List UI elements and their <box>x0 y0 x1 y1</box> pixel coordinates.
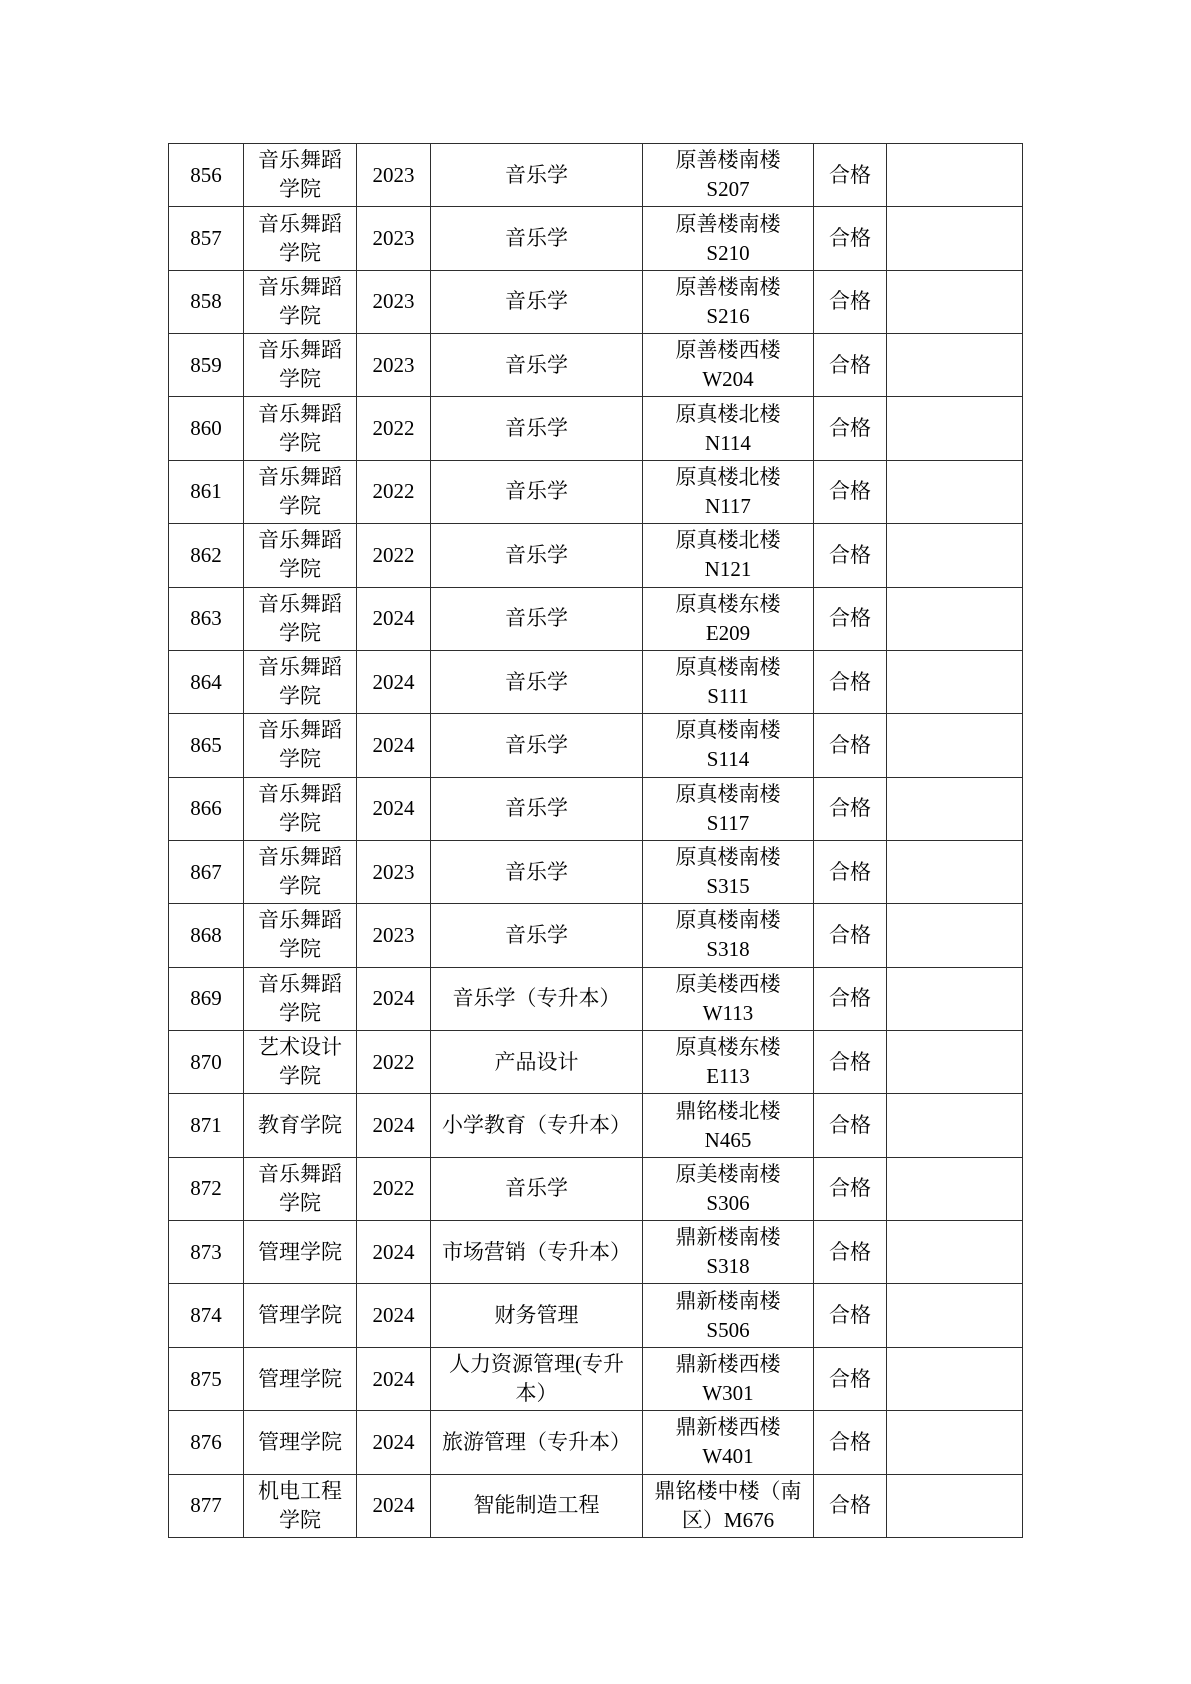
cell-note-empty <box>887 1157 1023 1220</box>
table-row: 867 音乐舞蹈 学院 2023 音乐学 原真楼南楼 S315 合格 <box>169 840 1023 903</box>
cell-college: 音乐舞蹈 学院 <box>244 840 357 903</box>
cell-result-badge: 合格 <box>814 967 887 1030</box>
cell-major: 音乐学 <box>431 1157 643 1220</box>
cell-note-empty <box>887 397 1023 460</box>
cell-major: 音乐学 <box>431 334 643 397</box>
cell-college: 音乐舞蹈 学院 <box>244 650 357 713</box>
cell-college: 音乐舞蹈 学院 <box>244 967 357 1030</box>
cell-major: 音乐学 <box>431 587 643 650</box>
cell-note-empty <box>887 144 1023 207</box>
cell-note-empty <box>887 460 1023 523</box>
cell-sequence-number: 858 <box>169 270 244 333</box>
cell-college: 机电工程 学院 <box>244 1474 357 1537</box>
table-row: 872 音乐舞蹈 学院 2022 音乐学 原美楼南楼 S306 合格 <box>169 1157 1023 1220</box>
cell-result-badge: 合格 <box>814 777 887 840</box>
cell-note-empty <box>887 334 1023 397</box>
table-row: 868 音乐舞蹈 学院 2023 音乐学 原真楼南楼 S318 合格 <box>169 904 1023 967</box>
cell-room-location: 原真楼东楼 E209 <box>643 587 814 650</box>
cell-room-location: 原真楼北楼 N121 <box>643 524 814 587</box>
table-row: 863 音乐舞蹈 学院 2024 音乐学 原真楼东楼 E209 合格 <box>169 587 1023 650</box>
cell-room-location: 鼎新楼南楼 S318 <box>643 1221 814 1284</box>
cell-major: 产品设计 <box>431 1031 643 1094</box>
cell-college: 音乐舞蹈 学院 <box>244 207 357 270</box>
cell-sequence-number: 860 <box>169 397 244 460</box>
cell-result-badge: 合格 <box>814 397 887 460</box>
cell-note-empty <box>887 904 1023 967</box>
table-row: 871 教育学院 2024 小学教育（专升本） 鼎铭楼北楼 N465 合格 <box>169 1094 1023 1157</box>
cell-year: 2022 <box>357 397 431 460</box>
cell-room-location: 鼎铭楼中楼（南 区）M676 <box>643 1474 814 1537</box>
document-page: { "colors": { "background": "#ffffff", "… <box>0 0 1191 1684</box>
cell-year: 2023 <box>357 334 431 397</box>
table-row: 856 音乐舞蹈 学院 2023 音乐学 原善楼南楼 S207 合格 <box>169 144 1023 207</box>
table-row: 859 音乐舞蹈 学院 2023 音乐学 原善楼西楼 W204 合格 <box>169 334 1023 397</box>
cell-note-empty <box>887 1284 1023 1347</box>
cell-note-empty <box>887 1031 1023 1094</box>
table-row: 865 音乐舞蹈 学院 2024 音乐学 原真楼南楼 S114 合格 <box>169 714 1023 777</box>
cell-college: 音乐舞蹈 学院 <box>244 460 357 523</box>
exam-room-result-table: 856 音乐舞蹈 学院 2023 音乐学 原善楼南楼 S207 合格 857 音… <box>168 143 1023 1538</box>
cell-room-location: 原真楼南楼 S117 <box>643 777 814 840</box>
cell-result-badge: 合格 <box>814 840 887 903</box>
cell-college: 音乐舞蹈 学院 <box>244 714 357 777</box>
cell-room-location: 鼎新楼南楼 S506 <box>643 1284 814 1347</box>
cell-college: 管理学院 <box>244 1411 357 1474</box>
cell-major: 音乐学 <box>431 270 643 333</box>
cell-sequence-number: 877 <box>169 1474 244 1537</box>
cell-college: 音乐舞蹈 学院 <box>244 777 357 840</box>
cell-note-empty <box>887 840 1023 903</box>
cell-result-badge: 合格 <box>814 904 887 967</box>
cell-result-badge: 合格 <box>814 1347 887 1410</box>
cell-result-badge: 合格 <box>814 1031 887 1094</box>
table-row: 861 音乐舞蹈 学院 2022 音乐学 原真楼北楼 N117 合格 <box>169 460 1023 523</box>
cell-note-empty <box>887 1474 1023 1537</box>
cell-year: 2024 <box>357 1284 431 1347</box>
cell-sequence-number: 865 <box>169 714 244 777</box>
table-row: 870 艺术设计 学院 2022 产品设计 原真楼东楼 E113 合格 <box>169 1031 1023 1094</box>
table-row: 860 音乐舞蹈 学院 2022 音乐学 原真楼北楼 N114 合格 <box>169 397 1023 460</box>
cell-major: 旅游管理（专升本） <box>431 1411 643 1474</box>
cell-room-location: 原真楼东楼 E113 <box>643 1031 814 1094</box>
cell-college: 音乐舞蹈 学院 <box>244 1157 357 1220</box>
table-row: 862 音乐舞蹈 学院 2022 音乐学 原真楼北楼 N121 合格 <box>169 524 1023 587</box>
cell-note-empty <box>887 1094 1023 1157</box>
cell-room-location: 鼎新楼西楼 W301 <box>643 1347 814 1410</box>
cell-sequence-number: 857 <box>169 207 244 270</box>
cell-room-location: 鼎新楼西楼 W401 <box>643 1411 814 1474</box>
cell-college: 音乐舞蹈 学院 <box>244 904 357 967</box>
table-row: 875 管理学院 2024 人力资源管理(专升 本） 鼎新楼西楼 W301 合格 <box>169 1347 1023 1410</box>
cell-major: 音乐学 <box>431 144 643 207</box>
cell-year: 2024 <box>357 777 431 840</box>
cell-major: 音乐学（专升本） <box>431 967 643 1030</box>
cell-sequence-number: 875 <box>169 1347 244 1410</box>
cell-result-badge: 合格 <box>814 1094 887 1157</box>
cell-year: 2023 <box>357 270 431 333</box>
cell-college: 音乐舞蹈 学院 <box>244 524 357 587</box>
cell-sequence-number: 867 <box>169 840 244 903</box>
cell-result-badge: 合格 <box>814 334 887 397</box>
cell-result-badge: 合格 <box>814 270 887 333</box>
cell-room-location: 原真楼北楼 N114 <box>643 397 814 460</box>
cell-room-location: 鼎铭楼北楼 N465 <box>643 1094 814 1157</box>
cell-note-empty <box>887 1411 1023 1474</box>
cell-sequence-number: 863 <box>169 587 244 650</box>
cell-result-badge: 合格 <box>814 714 887 777</box>
cell-year: 2024 <box>357 587 431 650</box>
cell-college: 艺术设计 学院 <box>244 1031 357 1094</box>
table-row: 877 机电工程 学院 2024 智能制造工程 鼎铭楼中楼（南 区）M676 合… <box>169 1474 1023 1537</box>
table-row: 857 音乐舞蹈 学院 2023 音乐学 原善楼南楼 S210 合格 <box>169 207 1023 270</box>
table-row: 858 音乐舞蹈 学院 2023 音乐学 原善楼南楼 S216 合格 <box>169 270 1023 333</box>
cell-sequence-number: 873 <box>169 1221 244 1284</box>
cell-note-empty <box>887 587 1023 650</box>
cell-year: 2024 <box>357 967 431 1030</box>
cell-year: 2024 <box>357 650 431 713</box>
cell-sequence-number: 861 <box>169 460 244 523</box>
cell-year: 2023 <box>357 207 431 270</box>
cell-note-empty <box>887 207 1023 270</box>
cell-year: 2023 <box>357 144 431 207</box>
cell-room-location: 原真楼南楼 S318 <box>643 904 814 967</box>
cell-college: 音乐舞蹈 学院 <box>244 144 357 207</box>
cell-major: 音乐学 <box>431 524 643 587</box>
cell-major: 音乐学 <box>431 460 643 523</box>
cell-college: 音乐舞蹈 学院 <box>244 334 357 397</box>
table-body: 856 音乐舞蹈 学院 2023 音乐学 原善楼南楼 S207 合格 857 音… <box>169 144 1023 1538</box>
cell-year: 2024 <box>357 1221 431 1284</box>
cell-result-badge: 合格 <box>814 144 887 207</box>
cell-sequence-number: 866 <box>169 777 244 840</box>
cell-year: 2024 <box>357 1094 431 1157</box>
cell-major: 音乐学 <box>431 840 643 903</box>
cell-result-badge: 合格 <box>814 524 887 587</box>
cell-result-badge: 合格 <box>814 1411 887 1474</box>
cell-note-empty <box>887 967 1023 1030</box>
cell-year: 2024 <box>357 714 431 777</box>
cell-sequence-number: 868 <box>169 904 244 967</box>
cell-sequence-number: 864 <box>169 650 244 713</box>
cell-year: 2024 <box>357 1474 431 1537</box>
cell-college: 音乐舞蹈 学院 <box>244 587 357 650</box>
cell-college: 管理学院 <box>244 1284 357 1347</box>
cell-room-location: 原美楼南楼 S306 <box>643 1157 814 1220</box>
cell-year: 2023 <box>357 840 431 903</box>
cell-note-empty <box>887 1347 1023 1410</box>
cell-sequence-number: 862 <box>169 524 244 587</box>
cell-sequence-number: 871 <box>169 1094 244 1157</box>
cell-result-badge: 合格 <box>814 460 887 523</box>
cell-major: 音乐学 <box>431 650 643 713</box>
cell-major: 音乐学 <box>431 777 643 840</box>
cell-major: 音乐学 <box>431 904 643 967</box>
cell-note-empty <box>887 650 1023 713</box>
cell-room-location: 原真楼南楼 S315 <box>643 840 814 903</box>
cell-room-location: 原真楼南楼 S111 <box>643 650 814 713</box>
cell-result-badge: 合格 <box>814 1284 887 1347</box>
table-row: 874 管理学院 2024 财务管理 鼎新楼南楼 S506 合格 <box>169 1284 1023 1347</box>
cell-sequence-number: 869 <box>169 967 244 1030</box>
cell-major: 智能制造工程 <box>431 1474 643 1537</box>
cell-major: 人力资源管理(专升 本） <box>431 1347 643 1410</box>
cell-year: 2024 <box>357 1347 431 1410</box>
cell-room-location: 原真楼南楼 S114 <box>643 714 814 777</box>
cell-room-location: 原真楼北楼 N117 <box>643 460 814 523</box>
cell-result-badge: 合格 <box>814 650 887 713</box>
cell-college: 音乐舞蹈 学院 <box>244 270 357 333</box>
cell-sequence-number: 870 <box>169 1031 244 1094</box>
cell-major: 财务管理 <box>431 1284 643 1347</box>
cell-college: 管理学院 <box>244 1347 357 1410</box>
cell-sequence-number: 872 <box>169 1157 244 1220</box>
cell-note-empty <box>887 524 1023 587</box>
table-row: 864 音乐舞蹈 学院 2024 音乐学 原真楼南楼 S111 合格 <box>169 650 1023 713</box>
table-row: 873 管理学院 2024 市场营销（专升本） 鼎新楼南楼 S318 合格 <box>169 1221 1023 1284</box>
cell-room-location: 原美楼西楼 W113 <box>643 967 814 1030</box>
cell-sequence-number: 859 <box>169 334 244 397</box>
cell-sequence-number: 876 <box>169 1411 244 1474</box>
table-row: 869 音乐舞蹈 学院 2024 音乐学（专升本） 原美楼西楼 W113 合格 <box>169 967 1023 1030</box>
cell-year: 2022 <box>357 460 431 523</box>
cell-room-location: 原善楼南楼 S216 <box>643 270 814 333</box>
cell-sequence-number: 856 <box>169 144 244 207</box>
cell-room-location: 原善楼南楼 S207 <box>643 144 814 207</box>
cell-note-empty <box>887 270 1023 333</box>
cell-major: 音乐学 <box>431 397 643 460</box>
cell-room-location: 原善楼南楼 S210 <box>643 207 814 270</box>
cell-year: 2023 <box>357 904 431 967</box>
cell-room-location: 原善楼西楼 W204 <box>643 334 814 397</box>
cell-major: 小学教育（专升本） <box>431 1094 643 1157</box>
cell-note-empty <box>887 777 1023 840</box>
cell-sequence-number: 874 <box>169 1284 244 1347</box>
cell-college: 教育学院 <box>244 1094 357 1157</box>
cell-result-badge: 合格 <box>814 1221 887 1284</box>
cell-college: 音乐舞蹈 学院 <box>244 397 357 460</box>
cell-major: 音乐学 <box>431 207 643 270</box>
cell-note-empty <box>887 714 1023 777</box>
table-row: 866 音乐舞蹈 学院 2024 音乐学 原真楼南楼 S117 合格 <box>169 777 1023 840</box>
cell-result-badge: 合格 <box>814 587 887 650</box>
cell-major: 市场营销（专升本） <box>431 1221 643 1284</box>
table-row: 876 管理学院 2024 旅游管理（专升本） 鼎新楼西楼 W401 合格 <box>169 1411 1023 1474</box>
cell-result-badge: 合格 <box>814 207 887 270</box>
cell-year: 2022 <box>357 524 431 587</box>
cell-year: 2024 <box>357 1411 431 1474</box>
cell-note-empty <box>887 1221 1023 1284</box>
cell-major: 音乐学 <box>431 714 643 777</box>
cell-year: 2022 <box>357 1031 431 1094</box>
cell-result-badge: 合格 <box>814 1157 887 1220</box>
cell-result-badge: 合格 <box>814 1474 887 1537</box>
cell-college: 管理学院 <box>244 1221 357 1284</box>
cell-year: 2022 <box>357 1157 431 1220</box>
